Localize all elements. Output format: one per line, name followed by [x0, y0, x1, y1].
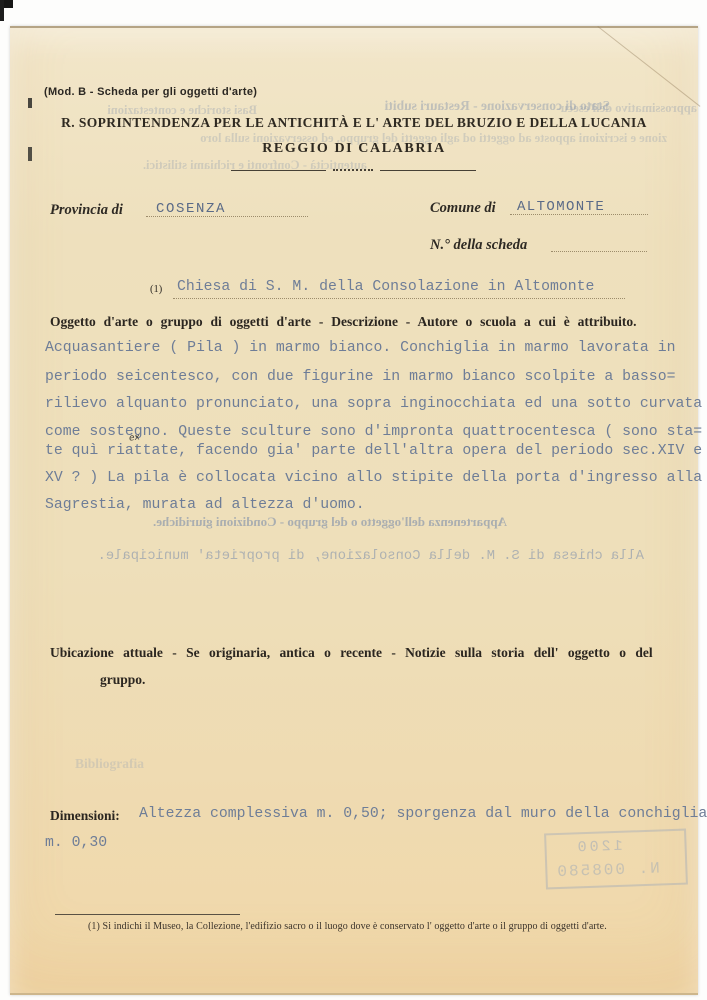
org-subtitle: REGGIO DI CALABRIA: [10, 141, 698, 157]
bleedthrough-appartenenza-heading: Appartenenza dell'oggetto o del gruppo -…: [80, 514, 580, 530]
bleedthrough-bibliografia-label: Bibliografia: [75, 756, 144, 772]
object-location-value: Chiesa di S. M. della Consolazione in Al…: [177, 279, 594, 295]
dimensioni-value-line2: m. 0,30: [45, 835, 107, 851]
description-line: come sostegno. Queste sculture sono d'im…: [45, 424, 702, 440]
comune-value: ALTOMONTE: [517, 199, 605, 215]
oggetto-section-heading: Oggetto d'arte o gruppo di oggetti d'art…: [50, 314, 668, 330]
title-rule: [231, 169, 476, 171]
description-line: XV ? ) La pila è collocata vicino allo s…: [45, 470, 702, 486]
stamp-number-top: 1200: [574, 838, 623, 857]
ubicazione-section-heading: Ubicazione attuale - Se originaria, anti…: [50, 645, 668, 661]
form-model-note: (Mod. B - Scheda per gli oggetti d'arte): [44, 86, 257, 98]
edge-tick: [28, 98, 32, 108]
stamp-number-bottom: N. 008580: [555, 859, 660, 881]
provincia-label: Provincia di: [50, 202, 123, 219]
footnote-ref-mark: (1): [150, 284, 162, 295]
rule-dotted-segment: [333, 169, 373, 171]
scheda-number-label: N.° della scheda: [430, 237, 527, 254]
scan-edge-mark: [0, 0, 4, 21]
provincia-value: COSENZA: [156, 201, 226, 217]
dimensioni-label: Dimensioni:: [50, 808, 120, 824]
footnote-rule: [55, 914, 240, 915]
scanned-document: Basi storiche e contestazioni Stato di c…: [0, 0, 707, 1000]
description-line: rilievo alquanto pronunciato, una sopra …: [45, 396, 702, 412]
bleedthrough-text: approssimativo dell'esecu-: [502, 101, 697, 116]
scheda-number-dotted-line: [551, 234, 647, 252]
comune-label: Comune di: [430, 200, 496, 217]
archival-stamp: 1200 N. 008580: [544, 829, 688, 890]
description-line: Acquasantiere ( Pila ) in marmo bianco. …: [45, 340, 675, 356]
footnote-text: (1) Si indichi il Museo, la Collezione, …: [88, 921, 607, 932]
description-line: Sagrestia, murata ad altezza d'uomo.: [45, 497, 365, 513]
ubicazione-heading-continuation: gruppo.: [100, 672, 145, 688]
dimensioni-value-line1: Altezza complessiva m. 0,50; sporgenza d…: [139, 806, 707, 822]
description-line: te quì riattate, facendo gia' parte dell…: [45, 443, 702, 459]
bleedthrough-appartenenza-typed: Alla chiesa di S. M. della Consolazione,…: [58, 549, 644, 564]
rule-segment: [231, 170, 326, 171]
rule-segment: [380, 170, 476, 171]
pencil-correction-mark: ex: [128, 432, 140, 443]
org-title: R. SOPRINTENDENZA PER LE ANTICHITÀ E L' …: [10, 115, 698, 131]
description-line: periodo seicentesco, con due figurine in…: [45, 369, 675, 385]
